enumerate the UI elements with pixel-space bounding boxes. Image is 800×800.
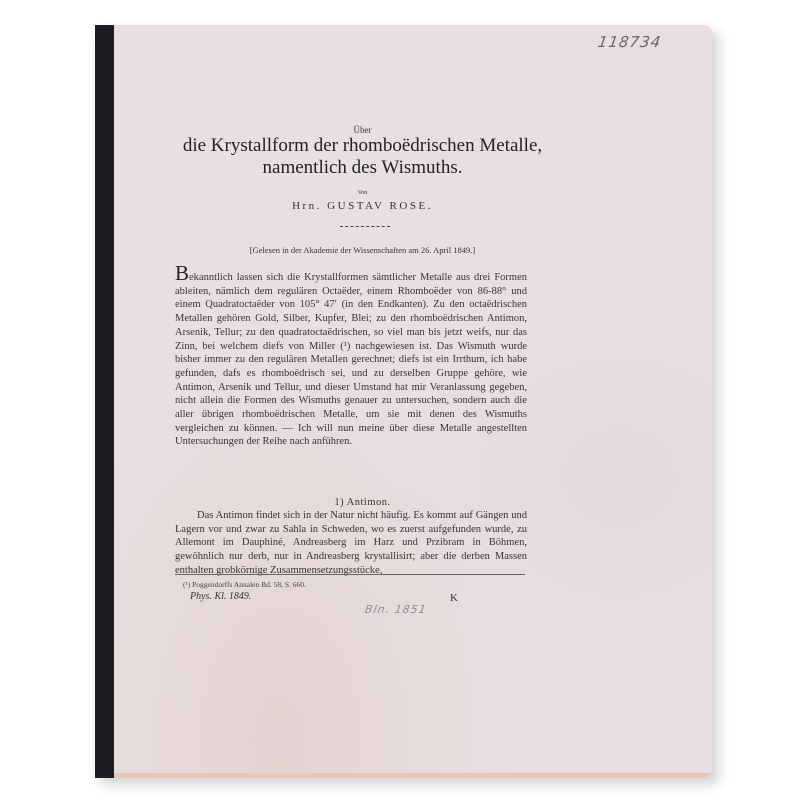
section-heading: 1) Antimon.: [185, 497, 540, 508]
signature-mark: K: [450, 592, 458, 604]
author-name: Hrn. GUSTAV ROSE.: [185, 200, 540, 212]
paragraph-antimon: Das Antimon findet sich in der Natur nic…: [175, 509, 527, 578]
footnote-divider: [175, 574, 525, 575]
read-note: [Gelesen in der Akademie der Wissenschaf…: [175, 245, 550, 255]
binding-spine: [95, 25, 114, 778]
document-title: die Krystallform der rhomboëdrischen Met…: [180, 135, 545, 179]
footnote: (¹) Poggendorffs Annalen Bd. 58, S. 660.: [183, 580, 306, 589]
title-line-1: die Krystallform der rhomboëdrischen Met…: [180, 135, 545, 157]
document-page: 118734 Über die Krystallform der rhomboë…: [95, 25, 712, 778]
paragraph-antimon-text: Das Antimon findet sich in der Natur nic…: [175, 510, 527, 576]
page-edge: [114, 773, 712, 778]
title-line-2: namentlich des Wismuths.: [180, 157, 545, 179]
ornamental-rule: [340, 226, 390, 230]
paragraph-intro: Bekanntlich lassen sich die Krystallform…: [175, 268, 527, 449]
title-prefix: Über: [185, 125, 540, 135]
phys-kl-label: Phys. Kl. 1849.: [190, 591, 251, 602]
drop-cap: B: [175, 261, 189, 285]
paragraph-intro-text: ekanntlich lassen sich die Krystallforme…: [175, 272, 527, 447]
archive-number: 118734: [597, 33, 663, 51]
handwritten-note: Bln. 1851: [364, 603, 428, 616]
by-label: Von: [185, 190, 540, 196]
